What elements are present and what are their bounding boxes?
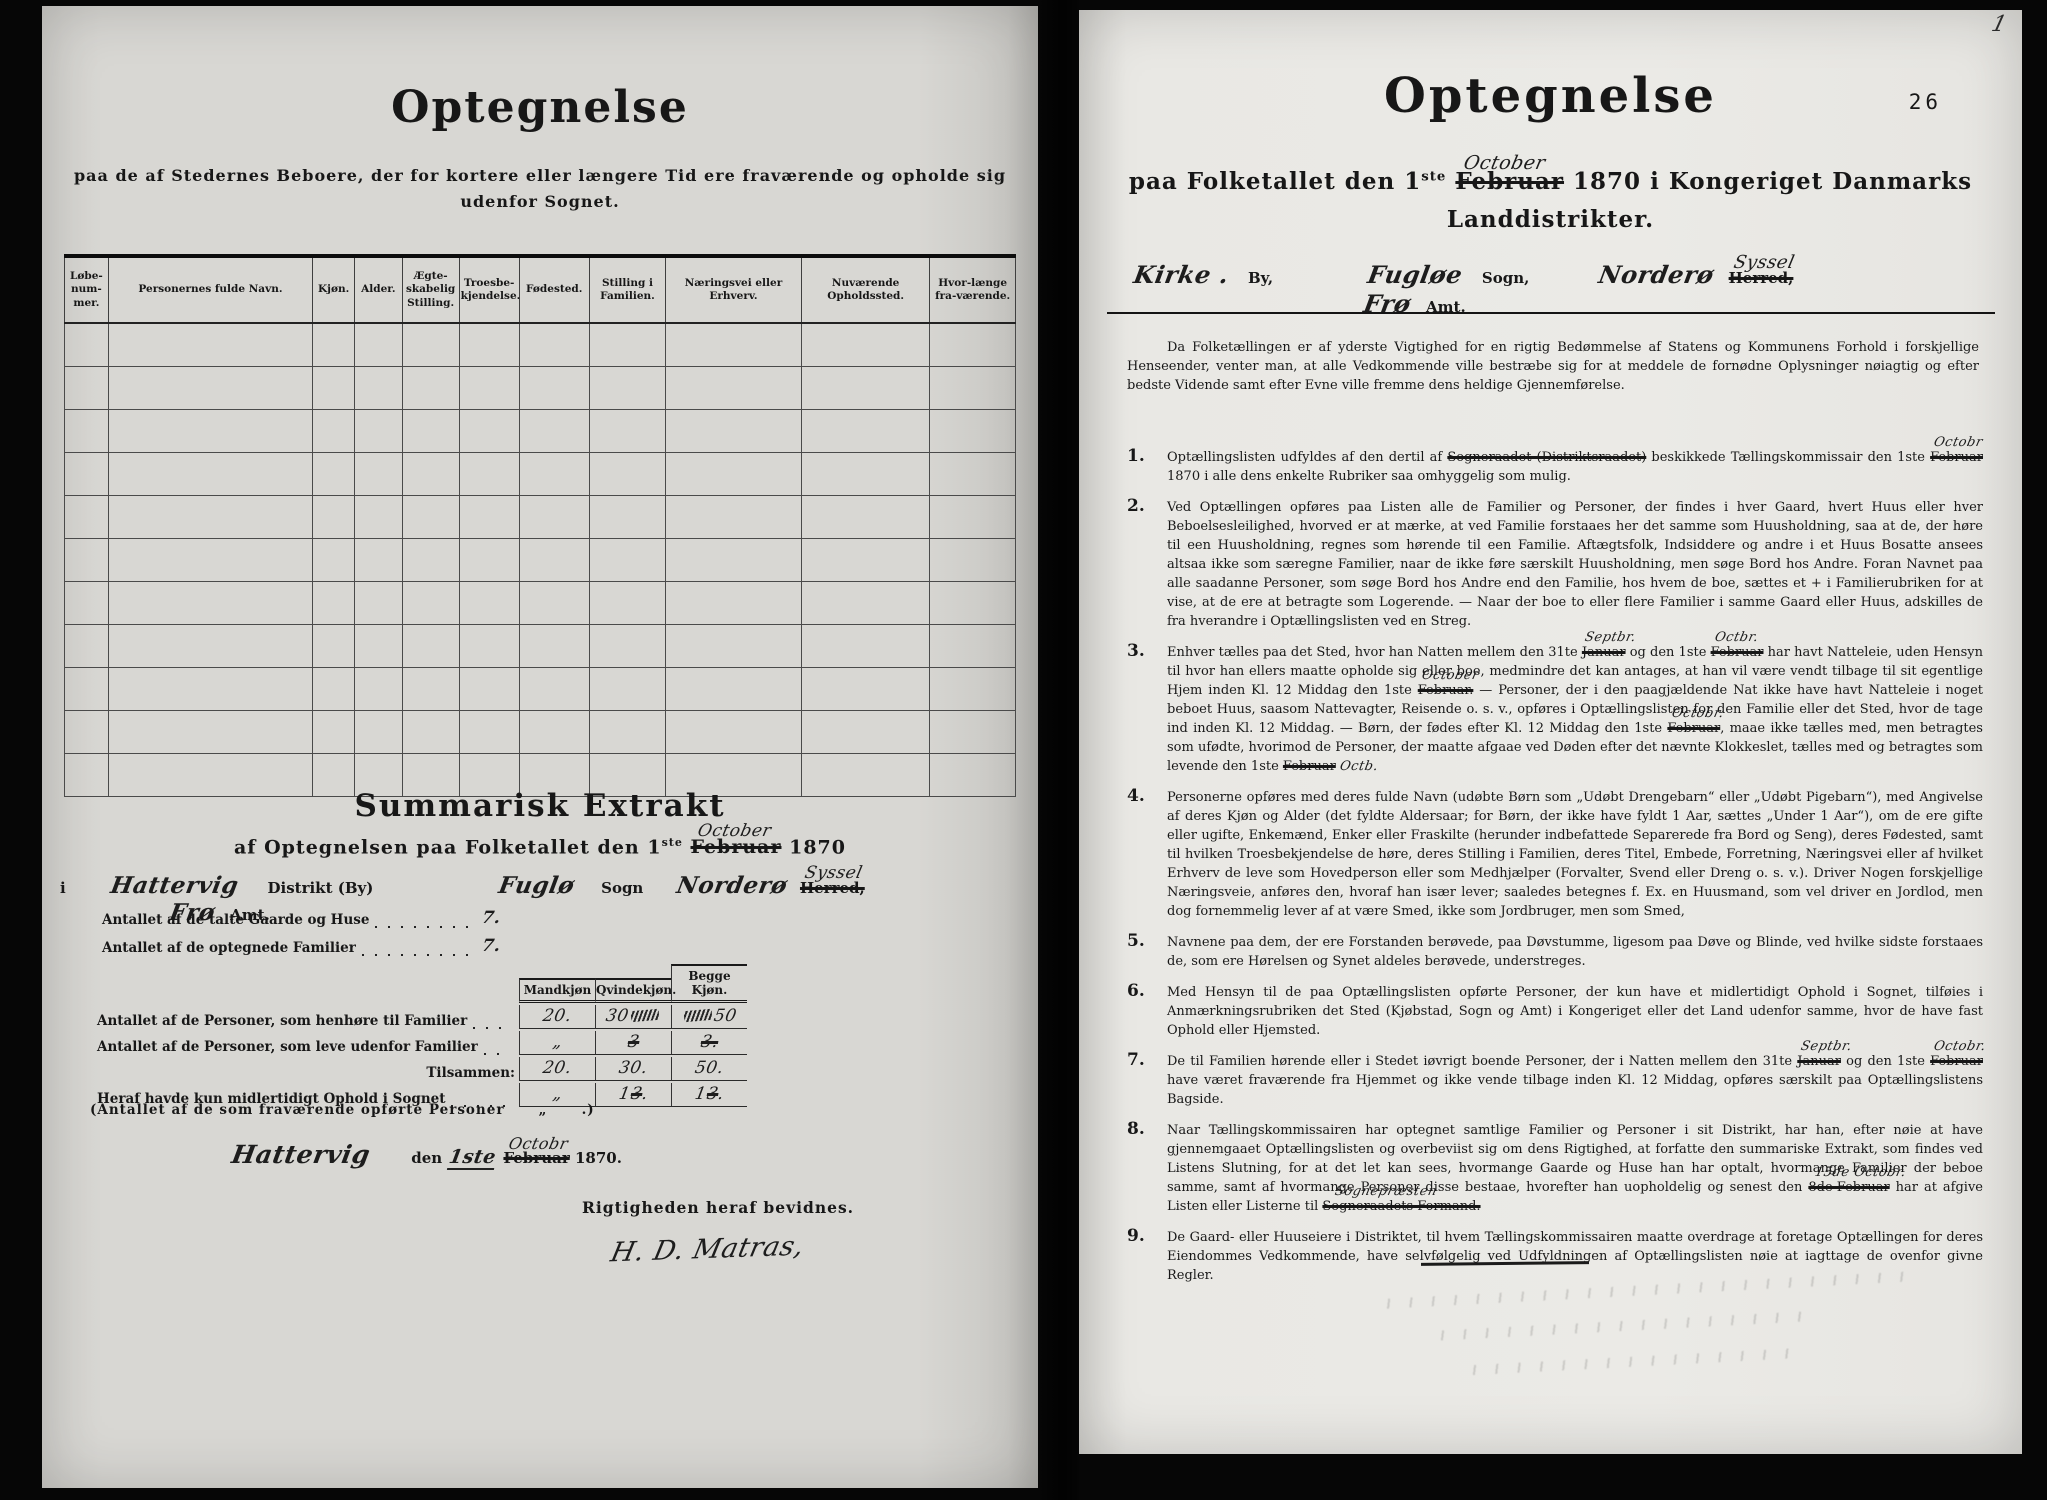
printed-text: Med Hensyn til de paa Optællingslisten o… — [1167, 985, 1983, 1038]
handwritten-insertion: Sognepræsten — [1333, 1182, 1439, 1201]
left-page-subtitle-line1: paa de af Stedernes Beboere, der for kor… — [42, 166, 1038, 185]
illegible-scribble — [684, 1009, 713, 1022]
table-cell — [459, 367, 519, 410]
summary-value-cell: 13. — [595, 1083, 671, 1107]
printed-text: 1870 i alle dens enkelte Rubriker saa om… — [1167, 469, 1571, 484]
handwritten-text: 3. — [699, 1032, 720, 1052]
struck-text: 8de Februar — [1808, 1180, 1889, 1195]
table-cell — [65, 625, 109, 668]
table-cell — [402, 367, 459, 410]
correction: Februar.October — [1418, 681, 1474, 700]
struck-text: Januar — [1797, 1054, 1841, 1069]
table-cell — [519, 582, 589, 625]
correction: FebruarOctobr. — [1667, 719, 1720, 738]
day-handwritten: 1ste — [447, 1146, 498, 1170]
table-cell — [801, 539, 929, 582]
table-cell — [665, 367, 801, 410]
instruction-number: 9. — [1127, 1227, 1145, 1246]
table-cell — [665, 323, 801, 367]
correction: 8de Februar15de Octobr. — [1808, 1178, 1889, 1197]
printed-text: og den 1ste — [1841, 1054, 1930, 1069]
column-header: Nuværende Opholdssted. — [801, 256, 929, 323]
table-cell — [313, 453, 355, 496]
table-row — [65, 668, 1016, 711]
right-location-line: Kirke . By, Fugløe Sogn, Norderø Herred,… — [1134, 260, 1984, 318]
correction: JanuarSeptbr. — [1797, 1052, 1841, 1071]
summary-value-cell: 30 — [595, 1005, 671, 1029]
dateline-den: den — [411, 1149, 442, 1167]
handwritten-insertion: 15de Octobr. — [1813, 1163, 1908, 1182]
printed-text: Enhver tælles paa det Sted, hvor han Nat… — [1167, 645, 1582, 660]
table-cell — [402, 668, 459, 711]
table-cell — [313, 367, 355, 410]
summary-value-cell: 30. — [595, 1057, 671, 1081]
handwritten-text: Octb. — [1338, 757, 1379, 776]
struck-text: Januar — [1582, 645, 1626, 660]
table-cell — [459, 323, 519, 367]
summary-column-header: Qvindekjøn. — [595, 978, 671, 1003]
handwritten-insertion: October — [1420, 666, 1481, 685]
table-cell — [355, 410, 403, 453]
table-cell — [930, 496, 1016, 539]
summary-value-cell: 50. — [671, 1057, 747, 1081]
handwritten-text: 20. — [541, 1006, 573, 1026]
table-cell — [589, 668, 665, 711]
table-cell — [402, 496, 459, 539]
absentees-table: Løbe-num-mer.Personernes fulde Navn.Kjøn… — [64, 254, 1016, 797]
table-cell — [313, 625, 355, 668]
count-line-familier-label: Antallet af de optegnede Familier — [102, 940, 356, 956]
table-cell — [313, 410, 355, 453]
count-line-gaarde: Antallet af de talte Gaarde og Huse 7. — [102, 908, 522, 928]
table-cell — [108, 711, 312, 754]
summary-value-cell: 20. — [519, 1005, 595, 1029]
table-cell — [801, 453, 929, 496]
count-line-gaarde-label: Antallet af de talte Gaarde og Huse — [102, 912, 369, 928]
summary-table: MandkjønQvindekjøn.Begge Kjøn.Antallet a… — [97, 964, 747, 1107]
table-cell — [665, 711, 801, 754]
correction: Sogneraadets Formand.Sognepræsten — [1322, 1197, 1480, 1216]
handwritten-insertion: Octobr — [1932, 433, 1985, 452]
table-row — [65, 323, 1016, 367]
table-cell — [930, 625, 1016, 668]
absent-count-parenthetical: (Antallet af de som fraværende opførte P… — [90, 1102, 595, 1118]
table-cell — [589, 453, 665, 496]
table-cell — [665, 496, 801, 539]
left-page: Optegnelse paa de af Stedernes Beboere, … — [42, 6, 1038, 1488]
label-text: Antallet af de Personer, som leve udenfo… — [97, 1039, 478, 1055]
table-cell — [665, 668, 801, 711]
table-cell — [801, 367, 929, 410]
column-header: Næringsvei eller Erhverv. — [665, 256, 801, 323]
table-cell — [930, 539, 1016, 582]
table-row — [65, 625, 1016, 668]
table-row — [65, 496, 1016, 539]
instruction-item: 3.Enhver tælles paa det Sted, hvor han N… — [1127, 643, 1983, 776]
by-handwritten: Kirke . — [1131, 260, 1231, 289]
sogn-label: Sogn — [601, 879, 643, 897]
table-cell — [589, 582, 665, 625]
month-correction: FebruarOctober — [691, 836, 782, 858]
table-cell — [108, 367, 312, 410]
table-cell — [801, 323, 929, 367]
table-cell — [65, 496, 109, 539]
table-cell — [589, 711, 665, 754]
location-prefix: i — [60, 879, 66, 897]
struck-text: Sogneraadets Formand. — [1322, 1199, 1480, 1214]
column-header: Ægte-skabelig Stilling. — [402, 256, 459, 323]
document-scan: Optegnelse paa de af Stedernes Beboere, … — [0, 0, 2047, 1500]
table-cell — [519, 496, 589, 539]
table-cell — [459, 711, 519, 754]
table-cell — [665, 410, 801, 453]
printed-text: Personerne opføres med deres fulde Navn … — [1167, 790, 1983, 919]
handwritten-text: Sogneraadet (Distriktsraadet) — [1447, 450, 1646, 465]
page-gutter-shadow — [1038, 0, 1079, 1500]
handwritten-month: October — [696, 821, 773, 841]
table-cell — [313, 711, 355, 754]
handwritten-text: 50. — [693, 1058, 725, 1078]
column-header: Alder. — [355, 256, 403, 323]
summary-column-header: Mandkjøn — [519, 978, 595, 1003]
table-cell — [402, 711, 459, 754]
right-page: 26 Optegnelse paa Folketallet den 1ste F… — [1079, 10, 2022, 1454]
extract-subheading-text: af Optegnelsen paa Folketallet den 1 — [234, 836, 662, 858]
table-cell — [459, 582, 519, 625]
table-cell — [108, 539, 312, 582]
table-cell — [65, 453, 109, 496]
table-cell — [665, 625, 801, 668]
table-cell — [313, 496, 355, 539]
table-cell — [313, 582, 355, 625]
table-cell — [65, 367, 109, 410]
instructions-list: 1.Optællingslisten udfyldes af den derti… — [1127, 448, 1983, 1297]
table-cell — [108, 496, 312, 539]
table-cell — [801, 668, 929, 711]
table-cell — [108, 410, 312, 453]
handwritten-text: 20. — [541, 1058, 573, 1078]
district-label: Distrikt (By) — [268, 879, 374, 897]
correction: JanuarSeptbr. — [1582, 643, 1626, 662]
table-cell — [930, 711, 1016, 754]
table-cell — [801, 711, 929, 754]
summary-row-label: Tilsammen: — [97, 1065, 519, 1081]
table-cell — [108, 453, 312, 496]
table-cell — [108, 625, 312, 668]
table-cell — [459, 453, 519, 496]
table-cell — [519, 711, 589, 754]
attestation-label: Rigtigheden heraf bevidnes. — [582, 1198, 854, 1217]
handwritten-text: Februar — [1283, 759, 1336, 774]
handwritten-text: 30. — [617, 1058, 649, 1078]
table-cell — [355, 582, 403, 625]
instruction-item: 2.Ved Optællingen opføres paa Listen all… — [1127, 498, 1983, 631]
summary-row-label: Antallet af de Personer, som leve udenfo… — [97, 1039, 519, 1055]
table-cell — [930, 367, 1016, 410]
struck-text: Februar — [1711, 645, 1764, 660]
illegible-scribble — [630, 1009, 659, 1022]
correction: FebruarOctbr. — [1711, 643, 1764, 662]
count-line-familier-value: 7. — [480, 936, 524, 956]
printed-text: Ved Optællingen opføres paa Listen alle … — [1167, 500, 1983, 629]
instruction-number: 3. — [1127, 642, 1145, 661]
summary-value-cell: 13. — [671, 1083, 747, 1107]
handwritten-insertion: Octobr. — [1670, 704, 1726, 723]
handwritten-insertion: Septbr. — [1583, 628, 1638, 647]
struck-text: Februar — [1930, 450, 1983, 465]
herred-handwritten: Norderø — [1596, 260, 1716, 289]
table-cell — [801, 582, 929, 625]
table-row — [65, 367, 1016, 410]
table-cell — [589, 410, 665, 453]
instruction-number: 6. — [1127, 982, 1145, 1001]
table-cell — [459, 625, 519, 668]
table-cell — [402, 582, 459, 625]
instruction-number: 4. — [1127, 787, 1145, 806]
table-cell — [108, 582, 312, 625]
table-cell — [801, 625, 929, 668]
table-cell — [459, 539, 519, 582]
dateline: Hattervig den 1ste FebruarOctobr 1870. — [232, 1140, 622, 1170]
table-cell — [65, 711, 109, 754]
table-cell — [402, 410, 459, 453]
left-page-subtitle-line2: udenfor Sognet. — [42, 192, 1038, 211]
table-cell — [930, 410, 1016, 453]
table-cell — [930, 453, 1016, 496]
label-text: Tilsammen: — [426, 1065, 515, 1081]
summary-column-header: Begge Kjøn. — [671, 964, 747, 1003]
instruction-item: 1.Optællingslisten udfyldes af den derti… — [1127, 448, 1983, 486]
table-cell — [402, 625, 459, 668]
table-cell — [589, 625, 665, 668]
handwritten-syssel: Syssel — [803, 863, 864, 883]
table-cell — [355, 711, 403, 754]
printed-text: og den 1ste — [1626, 645, 1711, 660]
table-cell — [65, 539, 109, 582]
printed-text: Optællingslisten udfyldes af den dertil … — [1167, 450, 1447, 465]
correction: FebruarOctobr — [1930, 448, 1983, 467]
table-cell — [313, 539, 355, 582]
printed-text: have været fraværende fra Hjemmet og ikk… — [1167, 1073, 1983, 1107]
printed-text: Navnene paa dem, der ere Forstanden berø… — [1167, 935, 1983, 969]
extract-heading: Summarisk Extrakt — [42, 788, 1038, 824]
table-cell — [519, 453, 589, 496]
extract-subheading-year: 1870 — [789, 836, 846, 858]
handwritten-insertion: Septbr. — [1799, 1037, 1854, 1056]
table-row — [65, 582, 1016, 625]
dateline-year: 1870. — [575, 1149, 622, 1167]
table-cell — [665, 582, 801, 625]
instruction-item: 6.Med Hensyn til de paa Optællingslisten… — [1127, 983, 1983, 1040]
handwritten-month: October — [1462, 152, 1548, 174]
column-header: Løbe-num-mer. — [65, 256, 109, 323]
column-header: Stilling i Familien. — [589, 256, 665, 323]
table-cell — [402, 539, 459, 582]
table-cell — [355, 496, 403, 539]
herred-handwritten: Norderø — [674, 872, 789, 899]
dotted-leader — [362, 942, 476, 956]
table-cell — [355, 453, 403, 496]
table-cell — [355, 668, 403, 711]
dotted-leader — [484, 1041, 509, 1055]
instruction-item: 5.Navnene paa dem, der ere Forstanden be… — [1127, 933, 1983, 971]
table-row — [65, 453, 1016, 496]
table-row — [65, 410, 1016, 453]
summary-value-cell: 3. — [671, 1031, 747, 1055]
instruction-item: 4.Personerne opføres med deres fulde Nav… — [1127, 788, 1983, 921]
instruction-number: 2. — [1127, 497, 1145, 516]
table-cell — [801, 496, 929, 539]
table-cell — [665, 539, 801, 582]
table-cell — [589, 323, 665, 367]
sogn-label: Sogn, — [1482, 269, 1529, 287]
intro-paragraph: Da Folketællingen er af yderste Vigtighe… — [1127, 338, 1979, 395]
table-cell — [108, 323, 312, 367]
sogn-handwritten: Fuglø — [496, 872, 576, 899]
dateline-month-correction: FebruarOctobr — [503, 1149, 569, 1167]
instruction-number: 8. — [1127, 1120, 1145, 1139]
column-header: Hvor-længe fra-værende. — [930, 256, 1016, 323]
column-header: Troesbe-kjendelse. — [459, 256, 519, 323]
instruction-item: 8.Naar Tællingskommissairen har optegnet… — [1127, 1121, 1983, 1216]
extract-subheading: af Optegnelsen paa Folketallet den 1ste … — [42, 836, 1038, 858]
handwritten-text: 3 — [626, 1032, 641, 1052]
column-header: Personernes fulde Navn. — [108, 256, 312, 323]
handwritten-insertion: Octbr. — [1713, 628, 1760, 647]
column-header: Kjøn. — [313, 256, 355, 323]
district-handwritten: Hattervig — [109, 872, 241, 899]
table-cell — [519, 625, 589, 668]
handwritten-month: Octobr — [507, 1134, 570, 1153]
table-cell — [519, 367, 589, 410]
right-heading-line1: paa Folketallet den 1ste FebruarOctober … — [1079, 168, 2022, 195]
handwritten-text: 50 — [712, 1006, 738, 1026]
struck-text: Februar — [1930, 1054, 1983, 1069]
count-line-gaarde-value: 7. — [480, 908, 524, 928]
horizontal-rule — [1107, 312, 1995, 314]
signature: H. D. Matras, — [608, 1231, 807, 1269]
label-text: Antallet af de Personer, som henhøre til… — [97, 1013, 467, 1029]
table-cell — [519, 410, 589, 453]
handwritten-text: 30 — [604, 1006, 630, 1026]
correction: FebruarOctobr. — [1930, 1052, 1983, 1071]
printed-text: beskikkede Tællingskommissair den 1ste — [1646, 450, 1930, 465]
table-cell — [65, 668, 109, 711]
ordinal-suffix: ste — [1421, 168, 1446, 184]
herred-correction: Herred,Syssel — [1729, 269, 1794, 287]
table-row — [65, 539, 1016, 582]
table-header-row: Løbe-num-mer.Personernes fulde Navn.Kjøn… — [65, 256, 1016, 323]
table-cell — [459, 410, 519, 453]
handwritten-text: „ — [551, 1032, 564, 1052]
right-page-title: Optegnelse — [1079, 68, 2022, 124]
summary-value-cell: 50 — [671, 1005, 747, 1029]
struck-text: Februar. — [1418, 683, 1474, 698]
column-header: Fødested. — [519, 256, 589, 323]
table-cell — [355, 367, 403, 410]
instruction-number: 7. — [1127, 1051, 1145, 1070]
table-cell — [65, 410, 109, 453]
place-handwritten: Hattervig — [229, 1140, 372, 1169]
herred-correction: Herred,Syssel — [800, 879, 865, 897]
summary-value-cell: 20. — [519, 1057, 595, 1081]
summary-row-label: Antallet af de Personer, som henhøre til… — [97, 1013, 519, 1029]
table-cell — [589, 539, 665, 582]
instruction-number: 5. — [1127, 932, 1145, 951]
heading-text: paa Folketallet den 1 — [1129, 168, 1421, 195]
by-label: By, — [1248, 269, 1273, 287]
instruction-item: 7.De til Familien hørende eller i Stedet… — [1127, 1052, 1983, 1109]
dotted-leader — [473, 1015, 509, 1029]
handwritten-text: „ — [551, 1084, 564, 1104]
ink-bleed-marks — [1379, 1285, 1919, 1393]
heading-year-country: 1870 i Kongeriget Danmarks — [1573, 168, 1972, 195]
table-cell — [313, 668, 355, 711]
dotted-leader — [375, 914, 476, 928]
handwritten-syssel: Syssel — [1732, 252, 1797, 273]
table-cell — [930, 582, 1016, 625]
month-correction: FebruarOctober — [1455, 168, 1564, 195]
table-cell — [355, 625, 403, 668]
table-cell — [355, 323, 403, 367]
table-cell — [402, 323, 459, 367]
count-line-familier: Antallet af de optegnede Familier 7. — [102, 936, 522, 956]
table-cell — [108, 668, 312, 711]
table-cell — [65, 582, 109, 625]
table-cell — [459, 496, 519, 539]
ordinal-suffix: ste — [662, 836, 683, 849]
table-cell — [355, 539, 403, 582]
printed-text: De til Familien hørende eller i Stedet i… — [1167, 1054, 1797, 1069]
instruction-number: 1. — [1127, 447, 1145, 466]
left-page-title: Optegnelse — [42, 82, 1038, 133]
handwritten-insertion: Octobr. — [1932, 1037, 1988, 1056]
table-row — [65, 711, 1016, 754]
table-cell — [519, 539, 589, 582]
table-cell — [65, 323, 109, 367]
table-cell — [930, 668, 1016, 711]
table-cell — [665, 453, 801, 496]
table-cell — [589, 496, 665, 539]
table-cell — [801, 410, 929, 453]
table-cell — [402, 453, 459, 496]
table-cell — [930, 323, 1016, 367]
struck-text: Februar — [1667, 721, 1720, 736]
table-cell — [519, 323, 589, 367]
summary-value-cell: 3 — [595, 1031, 671, 1055]
summary-value-cell: „ — [519, 1031, 595, 1055]
table-cell — [459, 668, 519, 711]
table-cell — [313, 323, 355, 367]
right-heading-line2: Landdistrikter. — [1079, 206, 2022, 233]
table-cell — [519, 668, 589, 711]
sogn-handwritten: Fugløe — [1366, 260, 1465, 289]
table-cell — [589, 367, 665, 410]
